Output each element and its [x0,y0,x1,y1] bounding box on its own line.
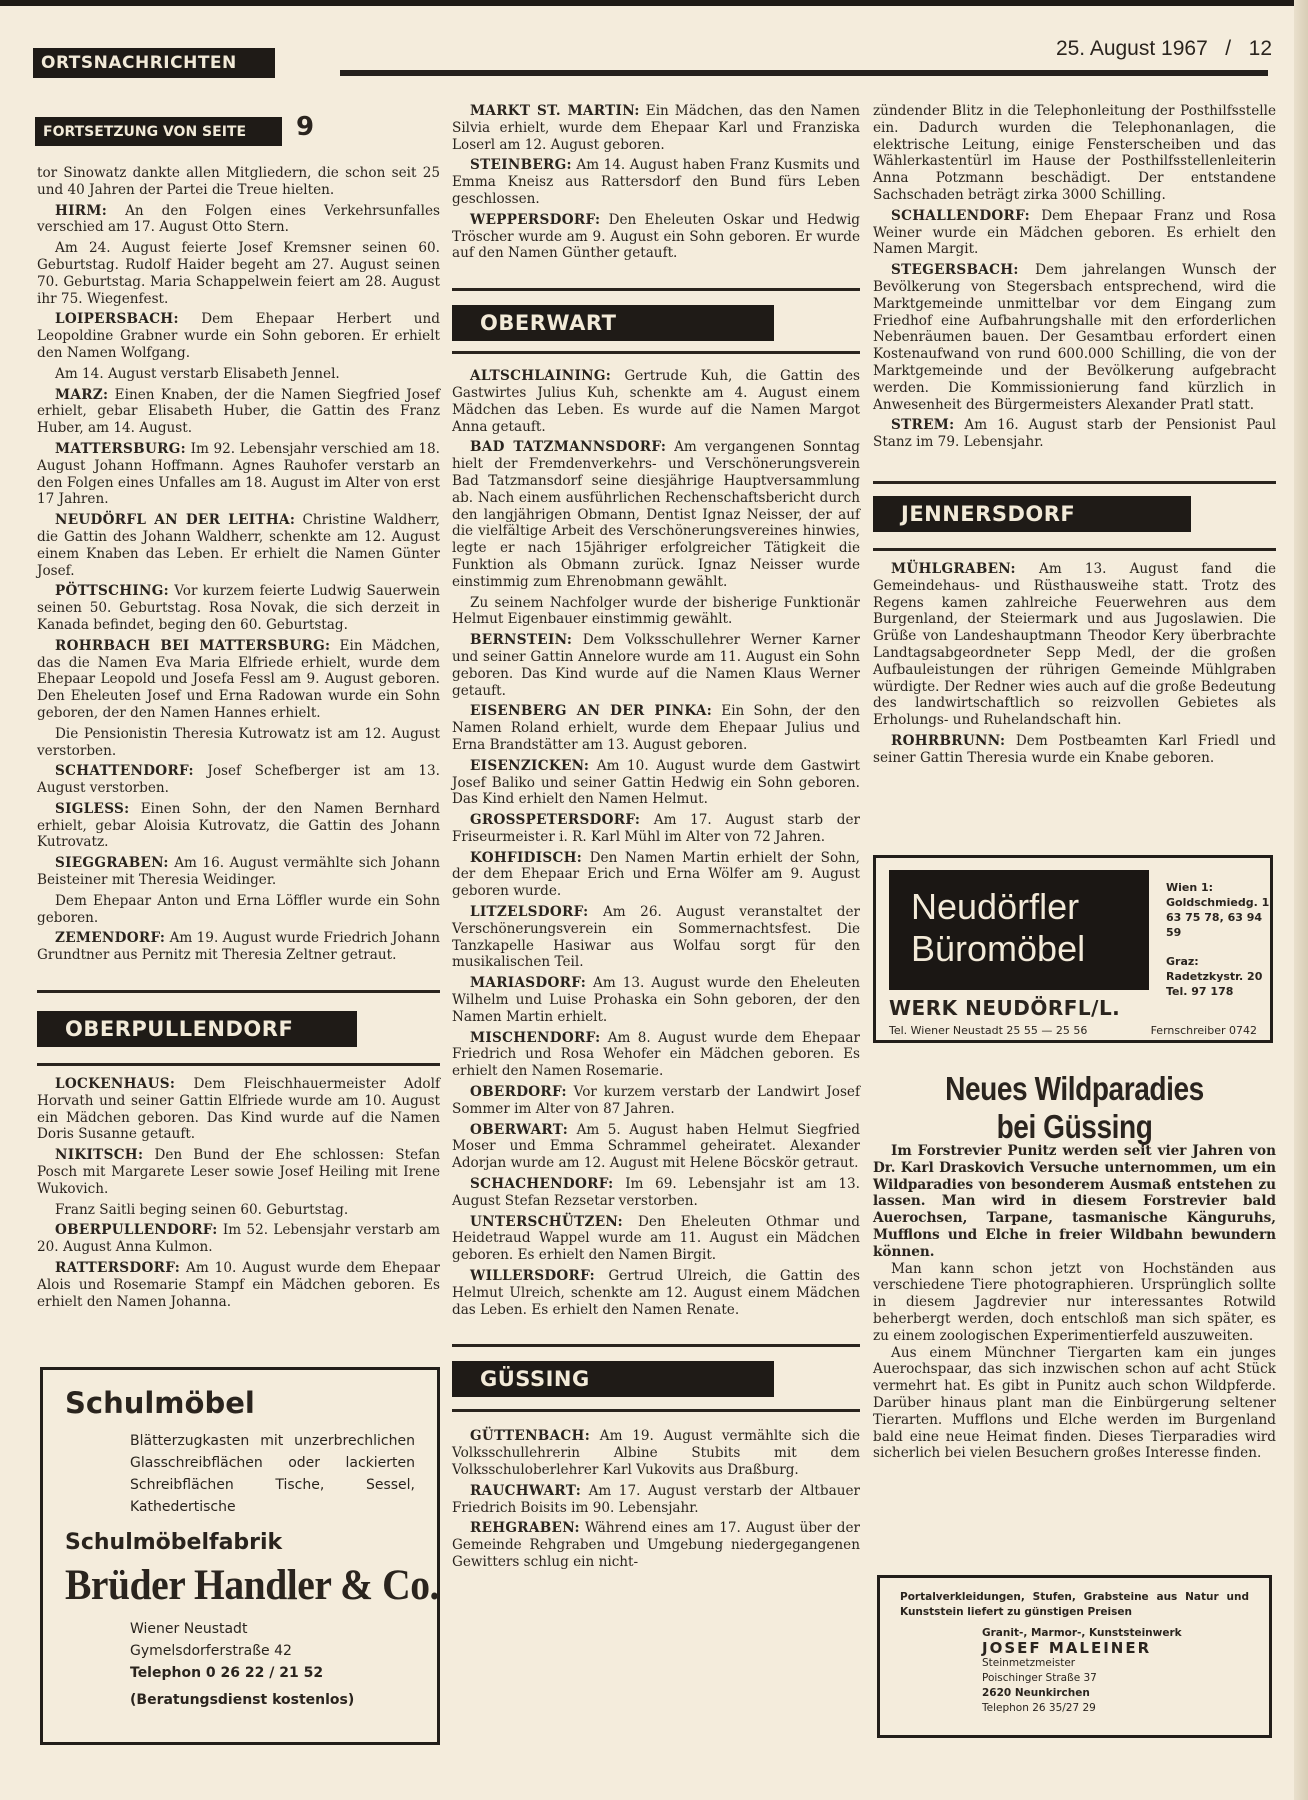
ad-company-block: Granit-, Marmor-, Kunststeinwerk JOSEF M… [982,1626,1249,1716]
news-entry: STEINBERG: Am 14. August haben Franz Kus… [452,157,860,207]
news-entry: BAD TATZMANNSDORF: Am vergangenen Sonnta… [452,439,860,590]
news-entry: MARIASDORF: Am 13. August wurde den Ehel… [452,975,860,1025]
ad-description: Blätterzugkasten mit unzerbrechlichen Gl… [130,1430,415,1518]
section-label: ORTSNACHRICHTEN [33,48,275,78]
section-heading-oberpullendorf: OBERPULLENDORF [37,1011,357,1047]
news-entry: PÖTTSCHING: Vor kurzem feierte Ludwig Sa… [37,583,440,633]
news-entry: LOCKENHAUS: Dem Fleischhauermeister Adol… [37,1076,440,1143]
ad-phone: Telephon 26 35/27 29 [982,1701,1249,1716]
continuation-page: 9 [296,112,314,142]
news-entry: SCHALLENDORF: Dem Ehepaar Franz und Rosa… [873,208,1276,258]
news-entry: Am 24. August feierte Josef Kremsner sei… [37,240,440,307]
ad-phone: Telephon 0 26 22 / 21 52 [130,1662,415,1684]
article-paragraph: Man kann schon jetzt von Hochständen aus… [873,1261,1276,1345]
page-number: 12 [1249,37,1272,60]
date-text: 25. August 1967 [1056,37,1208,60]
news-entry: MISCHENDORF: Am 8. August wurde dem Ehep… [452,1030,860,1080]
news-entry: WEPPERSDORF: Den Eheleuten Oskar und Hed… [452,212,860,262]
news-entry: ALTSCHLAINING: Gertrude Kuh, die Gattin … [452,368,860,435]
news-entry: RAUCHWART: Am 17. August verstarb der Al… [452,1483,860,1517]
news-entry: Am 14. August verstarb Elisabeth Jennel. [37,366,440,383]
ad-company-name: Brüder Handler & Co. [65,1561,387,1610]
page-top-edge [0,0,1308,6]
news-entry: MARZ: Einen Knaben, der die Namen Siegfr… [37,387,440,437]
article-lead: Im Forstrevier Punitz werden seit vier J… [873,1143,1276,1261]
news-entry: OBERPULLENDORF: Im 52. Lebensjahr versta… [37,1222,440,1256]
ad-company-name: JOSEF MALEINER [982,1641,1249,1656]
news-entry: GÜTTENBACH: Am 19. August vermählte sich… [452,1428,860,1478]
news-entry: Die Pensionistin Theresia Kutrowatz ist … [37,726,440,760]
ad-branch-addresses: Wien 1: Goldschmiedg. 1 63 75 78, 63 94 … [1166,880,1270,999]
news-entry: HIRM: An den Folgen eines Verkehrsunfall… [37,203,440,237]
date-separator: / [1225,37,1231,60]
news-entry: NEUDÖRFL AN DER LEITHA: Christine Waldhe… [37,512,440,579]
section-heading-guessing: GÜSSING [452,1361,774,1397]
news-entry: SIEGGRABEN: Am 16. August vermählte sich… [37,855,440,889]
advertisement-maleiner: Portalverkleidungen, Stufen, Grabsteine … [877,1575,1272,1738]
news-entry: EISENZICKEN: Am 10. August wurde dem Gas… [452,758,860,808]
section-heading-oberwart: OBERWART [452,305,774,341]
ad-contact: Tel. Wiener Neustadt 25 55 — 25 56 Ferns… [889,1024,1257,1037]
article-headline: Neues Wildparadies bei Güssing [903,1070,1246,1146]
column-2: MARKT ST. MARTIN: Ein Mädchen, das den N… [452,103,860,1575]
news-entry: REHGRABEN: Während eines am 17. August ü… [452,1520,860,1570]
ad-intro: Portalverkleidungen, Stufen, Grabsteine … [900,1590,1249,1620]
news-entry: MARKT ST. MARTIN: Ein Mädchen, das den N… [452,103,860,153]
continuation-label: FORTSETZUNG VON SEITE [35,117,282,146]
news-entry: LITZELSDORF: Am 26. August veranstaltet … [452,904,860,971]
ad-werk: WERK NEUDÖRFL/L. [889,996,1257,1020]
news-entry: RATTERSDORF: Am 10. August wurde dem Ehe… [37,1260,440,1310]
news-entry: KOHFIDISCH: Den Namen Martin erhielt der… [452,850,860,900]
ad-logo: Neudörfler Büromöbel [889,870,1149,990]
news-entry: OBERWART: Am 5. August haben Helmut Sieg… [452,1122,860,1172]
advertisement-neudoerfler: Neudörfler Büromöbel Wien 1: Goldschmied… [873,855,1273,1043]
masthead-rule [340,70,1268,76]
news-entry: Franz Saitli beging seinen 60. Geburtsta… [37,1202,440,1219]
advertisement-schulmoebel: Schulmöbel Blätterzugkasten mit unzerbre… [40,1367,440,1745]
ad-note: (Beratungsdienst kostenlos) [130,1692,415,1708]
column3-continuation: zündender Blitz in die Telephonleitung d… [873,103,1276,204]
news-entry: MATTERSBURG: Im 92. Lebensjahr verschied… [37,441,440,508]
page-fold-edge [1294,0,1308,1800]
news-entry: SCHATTENDORF: Josef Schefberger ist am 1… [37,763,440,797]
news-entry: BERNSTEIN: Dem Volksschullehrer Werner K… [452,632,860,699]
article-paragraph: Aus einem Münchner Tiergarten kam ein ju… [873,1345,1276,1463]
issue-date: 25. August 1967 / 12 [1056,37,1272,61]
column-1: tor Sinowatz dankte allen Mitgliedern, d… [37,165,440,1314]
news-entry: Dem Ehepaar Anton und Erna Löffler wurde… [37,893,440,927]
news-entry: UNTERSCHÜTZEN: Den Eheleuten Othmar und … [452,1214,860,1264]
news-entry: NIKITSCH: Den Bund der Ehe schlossen: St… [37,1147,440,1197]
news-entry: ROHRBRUNN: Dem Postbeamten Karl Friedl u… [873,733,1276,767]
news-entry: GROSSPETERSDORF: Am 17. August starb der… [452,812,860,846]
news-entry: SIGLESS: Einen Sohn, der den Namen Bernh… [37,801,440,851]
news-entry: ZEMENDORF: Am 19. August wurde Friedrich… [37,930,440,964]
section-heading-jennersdorf: JENNERSDORF [873,496,1191,532]
news-entry: SCHACHENDORF: Im 69. Lebensjahr ist am 1… [452,1176,860,1210]
news-entry: OBERDORF: Vor kurzem verstarb der Landwi… [452,1084,860,1118]
ad-factory-label: Schulmöbelfabrik [65,1530,415,1555]
news-entry: EISENBERG AN DER PINKA: Ein Sohn, der de… [452,703,860,753]
ad-title: Schulmöbel [65,1386,415,1420]
news-entry: MÜHLGRABEN: Am 13. August fand die Gemei… [873,561,1276,729]
news-entry: STEGERSBACH: Dem jahrelangen Wunsch der … [873,262,1276,413]
news-entry: WILLERSDORF: Gertrud Ulreich, die Gattin… [452,1268,860,1318]
ad-address: Wiener Neustadt Gymelsdorferstraße 42 Te… [130,1618,415,1684]
news-entry: LOIPERSBACH: Dem Ehepaar Herbert und Leo… [37,311,440,361]
column1-intro: tor Sinowatz dankte allen Mitgliedern, d… [37,165,440,199]
article-body: Im Forstrevier Punitz werden seit vier J… [873,1143,1276,1462]
news-entry: STREM: Am 16. August starb der Pensionis… [873,417,1276,451]
news-entry: ROHRBACH BEI MATTERSBURG: Ein Mädchen, d… [37,638,440,722]
news-entry: Zu seinem Nachfolger wurde der bisherige… [452,595,860,629]
column-3: zündender Blitz in die Telephonleitung d… [873,103,1276,771]
